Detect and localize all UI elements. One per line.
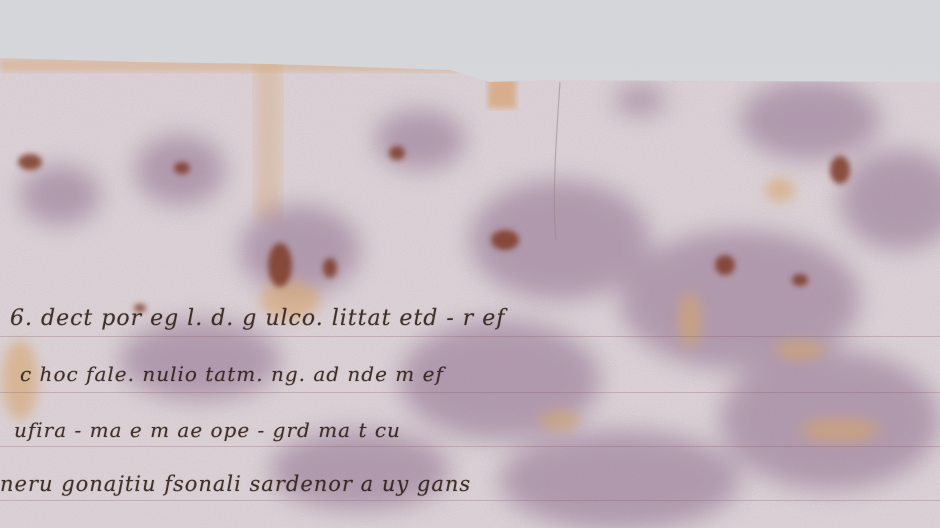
script-line-1: 6. dect por eg l. d. g ulco. littat etd … bbox=[10, 306, 505, 331]
ruling-line bbox=[0, 392, 940, 393]
script-line-4: neru gonajtiu fsonali sardenor a uy gans bbox=[0, 472, 471, 496]
parchment-sheet bbox=[0, 0, 940, 528]
ruling-line bbox=[0, 336, 940, 337]
ruling-line bbox=[0, 446, 940, 447]
ruling-line bbox=[0, 500, 940, 501]
script-line-3: ufira - ma e m ae ope - grd ma t cu bbox=[14, 418, 401, 442]
script-line-2: c hoc fale. nulio tatm. ng. ad nde m ef bbox=[20, 362, 444, 386]
